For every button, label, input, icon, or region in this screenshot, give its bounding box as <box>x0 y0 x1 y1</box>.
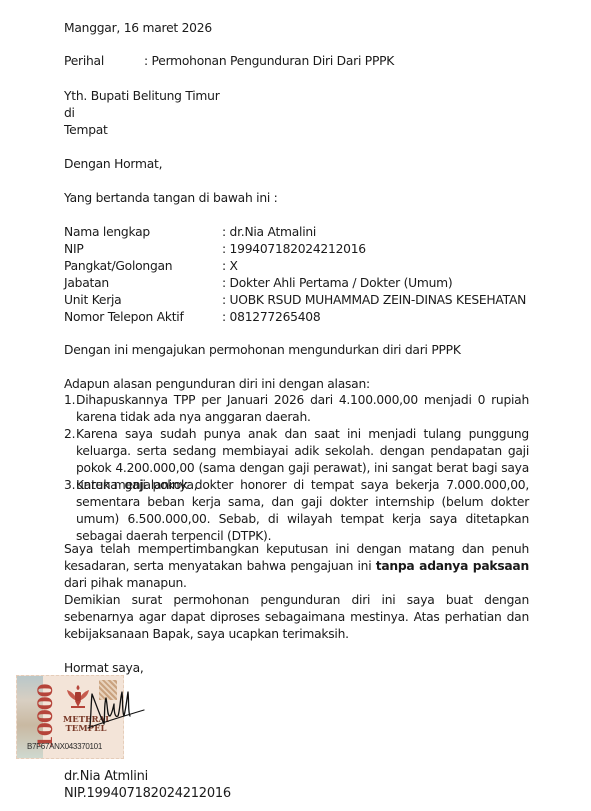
recipient-line: Yth. Bupati Belitung Timur <box>64 88 220 104</box>
closing: Hormat saya, <box>64 660 144 676</box>
reason-item: 3. Karena gaji pokok dokter honorer di t… <box>64 477 529 545</box>
reason-text: Karena gaji pokok dokter honorer di temp… <box>64 477 529 545</box>
recipient-line: Tempat <box>64 122 108 138</box>
reason-number: 3. <box>64 477 75 494</box>
identity-label: NIP <box>64 241 222 257</box>
identity-row: Jabatan: Dokter Ahli Pertama / Dokter (U… <box>64 275 452 291</box>
identity-label: Nama lengkap <box>64 224 222 240</box>
recipient-line: di <box>64 105 75 121</box>
reason-item: 1. Dihapuskannya TPP per Januari 2026 da… <box>64 392 529 426</box>
greeting: Dengan Hormat, <box>64 156 162 172</box>
signature-icon <box>82 686 148 732</box>
reason-number: 2. <box>64 426 75 443</box>
stamp-serial: B7F67ANX043370101 <box>27 742 102 751</box>
identity-value: : Dokter Ahli Pertama / Dokter (Umum) <box>222 276 452 290</box>
identity-value: : X <box>222 259 238 273</box>
identity-value: : dr.Nia Atmalini <box>222 225 316 239</box>
reason-number: 1. <box>64 392 75 409</box>
identity-row: Nomor Telepon Aktif: 081277265408 <box>64 309 320 325</box>
reasons-intro: Adapun alasan pengunduran diri ini denga… <box>64 376 370 392</box>
closing-paragraph: Demikian surat permohonan pengunduran di… <box>64 592 529 643</box>
identity-row: Nama lengkap: dr.Nia Atmalini <box>64 224 316 240</box>
identity-value: : 199407182024212016 <box>222 242 366 256</box>
identity-row: Pangkat/Golongan: X <box>64 258 238 274</box>
signer-nip: NIP.199407182024212016 <box>64 786 231 802</box>
identity-label: Unit Kerja <box>64 292 222 308</box>
signer-name: dr.Nia Atmlini <box>64 769 148 785</box>
subject-value: : Permohonan Pengunduran Diri Dari PPPK <box>144 54 394 68</box>
identity-label: Pangkat/Golongan <box>64 258 222 274</box>
identity-row: NIP: 199407182024212016 <box>64 241 366 257</box>
place-date: Manggar, 16 maret 2026 <box>64 20 212 36</box>
subject-label: Perihal <box>64 53 144 69</box>
identity-value: : 081277265408 <box>222 310 320 324</box>
subject-line: Perihal: Permohonan Pengunduran Diri Dar… <box>64 53 394 69</box>
statement: Dengan ini mengajukan permohonan mengund… <box>64 342 461 358</box>
consideration-text: dari pihak manapun. <box>64 576 187 590</box>
emphasis-text: tanpa adanya paksaan <box>376 559 529 573</box>
letter-page: Manggar, 16 maret 2026 Perihal: Permohon… <box>0 0 591 811</box>
identity-row: Unit Kerja: UOBK RSUD MUHAMMAD ZEIN-DINA… <box>64 292 526 308</box>
identity-value: : UOBK RSUD MUHAMMAD ZEIN-DINAS KESEHATA… <box>222 293 526 307</box>
identity-label: Nomor Telepon Aktif <box>64 309 222 325</box>
consideration-paragraph: Saya telah mempertimbangkan keputusan in… <box>64 541 529 592</box>
intro: Yang bertanda tangan di bawah ini : <box>64 190 278 206</box>
reason-text: Dihapuskannya TPP per Januari 2026 dari … <box>64 392 529 426</box>
identity-label: Jabatan <box>64 275 222 291</box>
